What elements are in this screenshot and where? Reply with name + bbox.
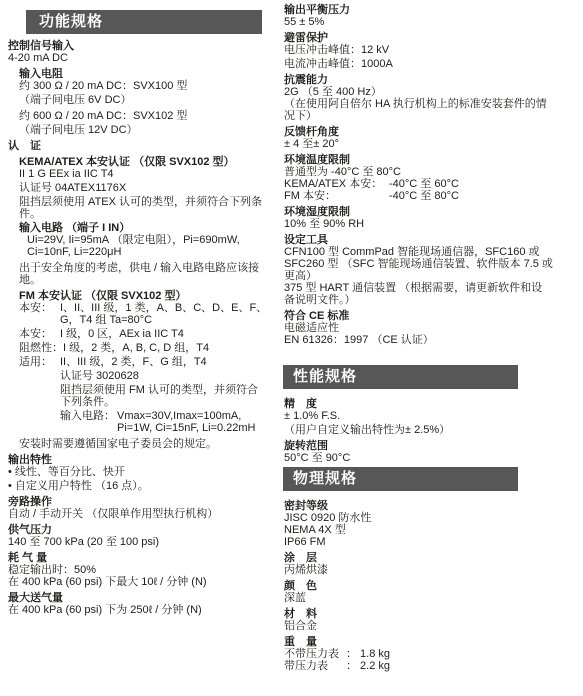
spec-heading: 输入电阻 [0,68,282,80]
spec-value: I 级，2 类，A, B, C, D 组，T4 [63,342,209,354]
spec-heading: 输出特性 [0,454,282,466]
spec-line: 认证号 3020628 [0,370,282,382]
spec-line: • 自定义用户特性 （16 点）。 [0,480,282,492]
spec-line: Ci=10nF, Li=220μH [0,246,282,258]
spec-heading: 环境湿度限制 [284,206,583,218]
spec-heading: 颜 色 [284,580,583,592]
spec-line: G，T4 组 Ta=80°C [0,314,282,326]
spec-heading: 旋转范围 [284,440,583,452]
spec-value: ： 1.8 kg [346,648,390,660]
spec-line: （在使用阿自倍尔 HA 执行机构上的标准安装套件的情 [284,98,583,110]
spec-line: IP66 FM [284,536,583,548]
spec-line: 电压冲击峰值：12 kV [284,44,583,56]
spec-heading: 输出平衡压力 [284,4,583,16]
spec-heading: 旁路操作 [0,496,282,508]
left-column: 控制信号输入4-20 mA DC输入电阻约 300 Ω / 20 mA DC：S… [0,40,282,616]
spec-heading: 密封等级 [284,500,583,512]
section-title-performance: 性能规格 [293,368,357,385]
section-title-physical: 物理规格 [293,470,357,487]
spec-heading: FM 本安认证 （仅限 SVX102 型） [0,290,282,302]
spec-line: 本安：I、II、III 级，1 类，A、B、C、D、E、F、 [0,302,282,314]
spec-line: 10% 至 90% RH [284,218,583,230]
spec-line: 输入电路：Vmax=30V,Imax=100mA, [0,410,282,422]
spec-heading: 精 度 [284,398,583,410]
spec-label: 带压力表 [284,660,346,672]
spec-line: 更高） [284,270,583,282]
spec-label: 本安： [19,328,60,340]
spec-value: -40°C 至 60°C [389,178,459,190]
spec-heading: 设定工具 [284,234,583,246]
spec-line: 稳定输出时：50% [0,564,282,576]
spec-line: Pi=1W, Ci=15nF, Li=0.22mH [0,422,282,434]
spec-line: 在 400 kPa (60 psi) 下最大 10ℓ / 分钟 (N) [0,576,282,588]
spec-heading: 材 料 [284,608,583,620]
spec-label: FM 本安： [284,190,389,202]
section-header-physical: 物理规格 [283,467,518,491]
spec-line: 地。 [0,274,282,286]
spec-line: 备说明文件。） [284,294,583,306]
spec-line: 375 型 HART 通信装置 （根据需要，请更新软件和设 [284,282,583,294]
spec-heading: 最大送气量 [0,592,282,604]
spec-heading: 控制信号输入 [0,40,282,52]
spec-line: 约 600 Ω / 20 mA DC：SVX102 型 [0,110,282,122]
spec-line: 约 300 Ω / 20 mA DC：SVX100 型 [0,80,282,92]
spec-line: 出于安全角度的考虑，供电 / 输入电路电路应该接 [0,262,282,274]
spec-line: FM 本安：-40°C 至 80°C [284,190,583,202]
spec-line: 55 ± 5% [284,16,583,28]
spec-value: -40°C 至 80°C [389,190,459,202]
spec-line: 阻挡层须使用 ATEX 认可的类型，并须符合下列条 [0,196,282,208]
spec-heading: 反馈杆角度 [284,126,583,138]
spec-line: 自动 / 手动开关 （仅限单作用型执行机构） [0,508,282,520]
spec-heading: 符合 CE 标准 [284,310,583,322]
right-column: 输出平衡压力55 ± 5%避雷保护电压冲击峰值：12 kV电流冲击峰值：1000… [284,4,583,346]
spec-line: II 1 G EEx ia IIC T4 [0,168,282,180]
spec-line: （端子间电压 6V DC） [0,94,282,106]
spec-line: 阻燃性：I 级，2 类，A, B, C, D 组，T4 [0,342,282,354]
spec-line: Ui=29V, Ii=95mA （限定电阻），Pi=690mW, [0,234,282,246]
spec-heading: 输入电路 （端子 I IN） [0,222,282,234]
spec-heading: KEMA/ATEX 本安认证 （仅限 SVX102 型） [0,156,282,168]
spec-value: Vmax=30V,Imax=100mA, [117,410,241,422]
spec-line: 电流冲击峰值：1000A [284,58,583,70]
spec-value: II、III 级，2 类，F、G 组，T4 [60,356,207,368]
spec-line: EN 61326：1997 （CE 认证） [284,334,583,346]
spec-label: 阻燃性： [19,342,63,354]
spec-heading: 避雷保护 [284,32,583,44]
spec-value: ： 2.2 kg [346,660,390,672]
spec-line: （端子间电压 12V DC） [0,124,282,136]
spec-line: 50°C 至 90°C [284,452,583,464]
spec-label: 输入电路： [60,410,117,422]
spec-line: JISC 0920 防水性 [284,512,583,524]
section-title-functional: 功能规格 [39,13,103,30]
spec-line: 况下） [284,110,583,122]
spec-line: KEMA/ATEX 本安：-40°C 至 60°C [284,178,583,190]
spec-value: I、II、III 级，1 类，A、B、C、D、E、F、 [60,302,267,314]
performance-section-body: 精 度± 1.0% F.S.（用户自定义输出特性为± 2.5%）旋转范围50°C… [284,398,583,464]
spec-line: 下列条件。 [0,396,282,408]
spec-value: I 级，0 区，AEx ia IIC T4 [60,328,184,340]
spec-heading: 重 量 [284,636,583,648]
spec-page: 功能规格 控制信号输入4-20 mA DC输入电阻约 300 Ω / 20 mA… [0,0,583,696]
spec-line: 铝合金 [284,620,583,632]
spec-line: 140 至 700 kPa (20 至 100 psi) [0,536,282,548]
spec-line: ± 1.0% F.S. [284,410,583,422]
spec-line: NEMA 4X 型 [284,524,583,536]
spec-line: CFN100 型 CommPad 智能现场通信器，SFC160 或 [284,246,583,258]
spec-heading: 涂 层 [284,552,583,564]
spec-label: 不带压力表 [284,648,346,660]
spec-heading: 耗 气 量 [0,552,282,564]
spec-heading: 环境温度限制 [284,154,583,166]
spec-heading: 抗震能力 [284,74,583,86]
spec-line: 不带压力表： 1.8 kg [284,648,583,660]
spec-line: 本安：I 级，0 区，AEx ia IIC T4 [0,328,282,340]
spec-label: KEMA/ATEX 本安： [284,178,389,190]
section-header-performance: 性能规格 [283,365,518,389]
spec-line: 在 400 kPa (60 psi) 下为 250ℓ / 分钟 (N) [0,604,282,616]
spec-line: 4-20 mA DC [0,52,282,64]
spec-line: （用户自定义输出特性为± 2.5%） [284,424,583,436]
spec-line: SFC260 型 （SFC 智能现场通信装置、软件版本 7.5 或 [284,258,583,270]
section-header-functional: 功能规格 [26,10,262,34]
spec-line: 件。 [0,208,282,220]
spec-line: 普通型为 -40°C 至 80°C [284,166,583,178]
spec-label: 适用： [19,356,60,368]
spec-label: 本安： [19,302,60,314]
spec-line: 带压力表： 2.2 kg [284,660,583,672]
spec-line: 适用：II、III 级，2 类，F、G 组，T4 [0,356,282,368]
spec-line: 认证号 04ATEX1176X [0,182,282,194]
spec-heading: 认 证 [0,140,282,152]
spec-line: ± 4 至± 20° [284,138,583,150]
spec-line: 深蓝 [284,592,583,604]
spec-line: 阻挡层须使用 FM 认可的类型，并须符合 [0,384,282,396]
spec-line: 丙烯烘漆 [284,564,583,576]
spec-line: 安装时需要遵循国家电子委员会的规定。 [0,438,282,450]
spec-line: 电磁适应性 [284,322,583,334]
physical-section-body: 密封等级JISC 0920 防水性NEMA 4X 型IP66 FM涂 层丙烯烘漆… [284,500,583,672]
spec-line: 2G （5 至 400 Hz） [284,86,583,98]
spec-heading: 供气压力 [0,524,282,536]
spec-line: • 线性、等百分比、快开 [0,466,282,478]
